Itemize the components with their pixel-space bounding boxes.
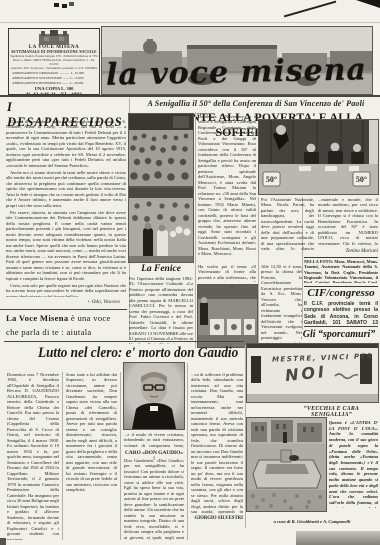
promo-name: La Voce Misena [6, 313, 68, 323]
convegno-audience-photo-2 [129, 188, 193, 262]
sporcamuri-caption: “VECCHIA E CARA SENIGALLIA” [285, 406, 378, 418]
lutto-col-3a: ...e il modo di vivere cristiano, infond… [124, 432, 184, 449]
lutto-col-3b: Don Gaudenzio, «Don Gaudio» per noi seni… [124, 458, 184, 540]
badge-50-left: 50° [266, 175, 277, 184]
editorial-paragraph: Per essere, tuttavia, in sintonia con l'… [6, 210, 126, 281]
scan-artifact-corner [356, 0, 380, 8]
subscription-line: ABBONAMENTO BENEMERITO ......... L. 20.0… [9, 81, 99, 86]
promo-tail: è una voce [68, 313, 110, 323]
column-rule [62, 372, 63, 540]
convegno-col-1: Domenica 7 Novembre, si è svolto a Senig… [198, 114, 256, 260]
don-gaudio-portrait-photo [124, 363, 184, 429]
masthead-panorama-photo: la voce misena [102, 27, 372, 94]
cif-title: CIF/congresso [304, 287, 378, 299]
promo-line2: che parla di te : aiutala [6, 327, 126, 337]
lutto-signature: GIORGIO SILVESTRI [191, 516, 243, 521]
lutto-rule-top [4, 341, 244, 342]
masthead: LA VOCE MISENA SETTIMANALE DI INFORMAZIO… [0, 24, 380, 96]
colophon-line: Direz. e Amm.: 60019 SENIGALLIA - Piazza… [9, 58, 99, 66]
fenice-body: Per l'apertura della stagione 1982-83, l… [129, 276, 193, 344]
convegno-col-5: Alle 12,30 vi è stata, presso la chiesa … [261, 264, 302, 346]
badge-50-right: 50° [356, 175, 367, 184]
convegno-stage-photo [198, 285, 257, 347]
masthead-divider [0, 95, 380, 97]
rocca-crest-icon [38, 30, 70, 45]
convegno-signature: Tonino Mariani [318, 248, 378, 254]
fenice-box: La Fenice Per l'apertura della stagione … [129, 264, 193, 348]
column-rule [195, 112, 196, 348]
column-rule [245, 345, 246, 528]
scan-artifact-smudge [0, 538, 6, 545]
lutto-headline: Lutto nel clero: e' morto don Gaudio [38, 345, 219, 362]
promo-box: La Voce Misena è una voce che parla di t… [6, 313, 126, 339]
convegno-audience-photo-1 [129, 114, 193, 186]
cif-rule [304, 326, 378, 327]
editorial-paragraph: Certo, non solo per quelle regioni ma pe… [6, 283, 126, 297]
promo-line1: La Voce Misena è una voce [6, 313, 126, 323]
scan-artifact-marks [54, 3, 59, 7]
convegno-panel-photo: 50° 50° [259, 120, 378, 194]
editorial-body: Il mese di novembre è dedicato alla preg… [6, 119, 126, 297]
sporcamuri-graffiti-photo: MESTRE, VINCI PER NOI [247, 344, 378, 402]
convegno-col-3: ...materiale e morale, che il mondo mode… [318, 197, 378, 247]
masthead-info-box: LA VOCE MISENA SETTIMANALE DI INFORMAZIO… [8, 28, 100, 95]
convegno-kicker: A Senigallia il 50° della Conferenza di … [134, 99, 378, 108]
convegno-col-4: Ha svolto poi il tema: «Il Vincenziano d… [198, 264, 256, 282]
editorial-paragraph: Il mese di novembre è dedicato alla preg… [6, 119, 126, 168]
column-rule [258, 197, 259, 348]
nella-foto-box: NELLA FOTO: Mons. Mencucci, Mons. Tanzin… [304, 257, 378, 287]
lutto-col-1: Domenica sera 7 Novembre 1982, è decedut… [7, 372, 59, 540]
sporcamuri-title: Gli “sporcamuri” [300, 329, 378, 340]
scan-artifact-line [284, 1, 336, 17]
fenice-title: La Fenice [129, 264, 193, 274]
column-rule [187, 363, 188, 540]
fontana-photo [247, 418, 326, 511]
nella-foto-text: NELLA FOTO: Mons. Mencucci, Mons. Tanzin… [304, 259, 378, 283]
lutto-col-4: ...va di sollevare il problema della fed… [191, 372, 243, 514]
newspaper-page: LA VOCE MISENA SETTIMANALE DI INFORMAZIO… [0, 0, 380, 545]
scan-artifact-bottom-band [296, 531, 380, 545]
scan-rule-top [0, 22, 380, 23]
promo-rule-top [0, 309, 127, 310]
copy-price: UNA COPIA L. 300 [9, 86, 99, 91]
lutto-col-2: Sono state a lui affidate dai Superiori,… [66, 372, 117, 540]
masthead-script-title: la voce misena [106, 52, 368, 92]
column-rule [120, 372, 121, 540]
editorial-paragraph: Anche noi ci siamo ritrovati in tanti ne… [6, 170, 126, 208]
convegno-col-2: Poi l'Assistente Nazionale, Mons. Nicola… [261, 197, 314, 251]
fontana-credit: a cura di R. Giraldinetti e A. Campanell… [256, 519, 368, 524]
editorial-signature: + Odo, Vescovo [40, 299, 120, 305]
fontana-body: Questa è «L'ANTRA D' LA FONT D' L'OCA». … [329, 420, 378, 508]
cif-body: Il C.I.F. provinciale terrà il congresso… [304, 301, 378, 325]
